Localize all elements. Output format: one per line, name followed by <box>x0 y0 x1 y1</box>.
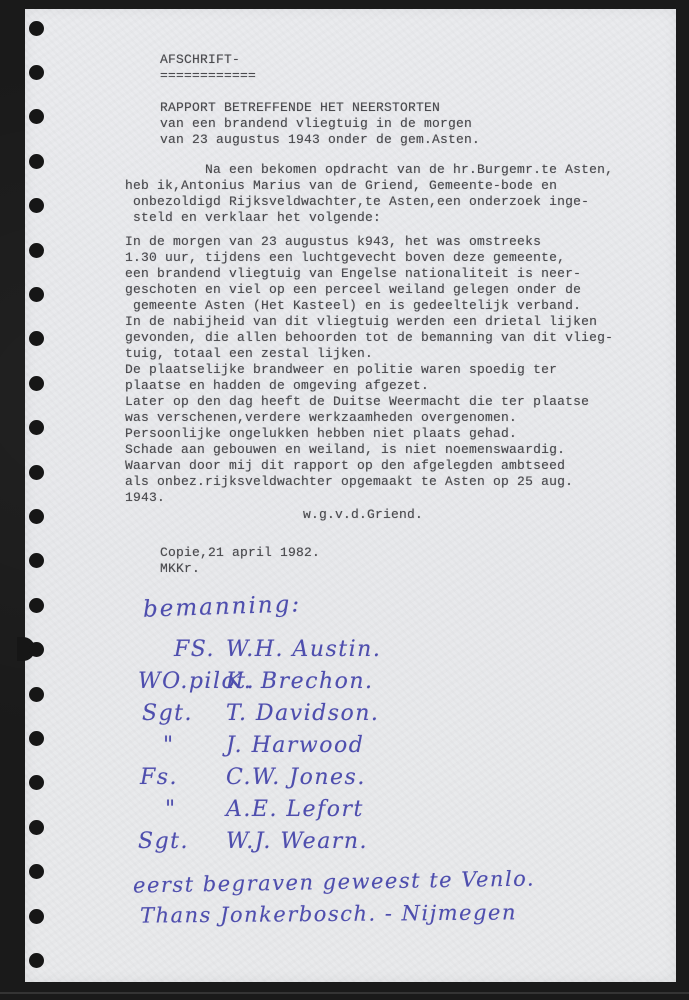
crew-name: C.W. Jones. <box>226 765 366 790</box>
crew-row: Sgt.T. Davidson. <box>138 698 518 730</box>
crew-name: W.H. Austin. <box>226 637 381 662</box>
scanner-edge-line <box>0 992 689 994</box>
crew-name: W.J. Wearn. <box>226 829 368 854</box>
crew-row: "A.E. Lefort <box>138 794 518 826</box>
typed-report-body: In de morgen van 23 augustus k943, het w… <box>125 234 613 506</box>
typed-copy-note: Copie,21 april 1982. MKKr. <box>160 545 320 577</box>
handwritten-note-cemetery: Thans Jonkerbosch. - Nijmegen <box>140 900 517 927</box>
crew-row: "J. Harwood <box>138 730 518 762</box>
crew-name: T. Davidson. <box>226 701 379 726</box>
crew-rank: FS. <box>174 634 226 666</box>
typed-intro-paragraph: Na een bekomen opdracht van de hr.Burgem… <box>125 162 613 226</box>
crew-row: Sgt.W.J. Wearn. <box>138 826 518 858</box>
crew-rank: " <box>163 730 226 762</box>
typed-header: AFSCHRIFT- ============ RAPPORT BETREFFE… <box>160 52 480 148</box>
typed-signature: w.g.v.d.Griend. <box>303 507 423 523</box>
paper-edge-notch <box>17 637 35 661</box>
crew-rank: Fs. <box>140 762 226 794</box>
crew-row: WO.pilot.K. Brechon. <box>138 666 518 698</box>
document-page: AFSCHRIFT- ============ RAPPORT BETREFFE… <box>25 9 676 982</box>
crew-rank: WO.pilot. <box>138 666 226 698</box>
handwritten-crew-list: FS.W.H. Austin. WO.pilot.K. Brechon. Sgt… <box>138 634 518 858</box>
crew-row: FS.W.H. Austin. <box>138 634 518 666</box>
handwritten-note-burial: eerst begraven geweest te Venlo. <box>133 866 535 897</box>
crew-rank: Sgt. <box>142 698 226 730</box>
crew-row: Fs.C.W. Jones. <box>138 762 518 794</box>
crew-name: K. Brechon. <box>226 669 374 694</box>
crew-rank: Sgt. <box>138 826 226 858</box>
crew-name: J. Harwood <box>226 733 364 758</box>
crew-rank: " <box>165 794 226 826</box>
handwritten-crew-title: bemanning: <box>143 591 302 623</box>
crew-name: A.E. Lefort <box>226 797 364 822</box>
